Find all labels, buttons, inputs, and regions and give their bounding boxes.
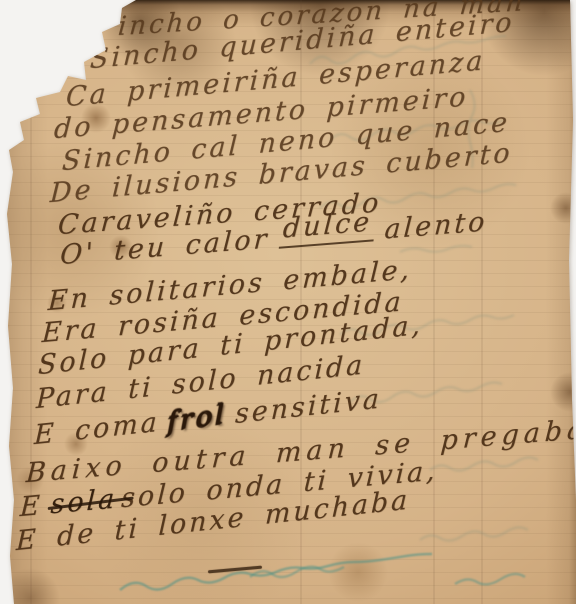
crossed-out-word: sola — [50, 483, 118, 520]
line-text: E — [19, 490, 43, 523]
paper-crease — [481, 0, 483, 604]
line-text: alento — [384, 206, 489, 245]
manuscript-paper: incho o corazon na man Sincho queridiña … — [0, 0, 576, 604]
ink-dash-flourish — [208, 566, 262, 574]
inserted-word-above-line: dulce — [279, 206, 376, 249]
ink-blotted-word: frol — [168, 399, 228, 439]
scanned-manuscript-photo: incho o corazon na man Sincho queridiña … — [0, 0, 576, 604]
paper-shadow-wrap: incho o corazon na man Sincho queridiña … — [0, 0, 576, 604]
